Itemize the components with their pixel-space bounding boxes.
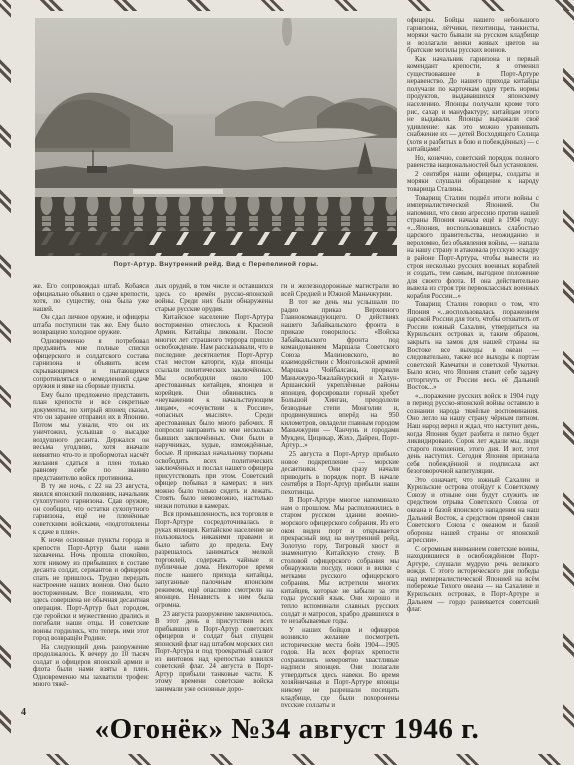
paragraph: Как начальник гарнизона и первый коменда…: [407, 56, 539, 154]
paragraph: 2 сентября наши офицеры, солдаты и моряк…: [407, 171, 539, 194]
magazine-issue-caption: «Огонёк» №34 август 1946 г.: [0, 713, 574, 746]
frame-top-edge: [0, 0, 574, 11]
frame-right-edge: [563, 0, 574, 765]
paragraph: Китайское население Порт-Артура восторже…: [155, 314, 273, 510]
paragraph: же. Его сопровождал штаб. Кобаяси официа…: [33, 283, 149, 313]
paragraph: В тот же день мы услышали по радио прика…: [281, 299, 399, 450]
photo-caption: Порт-Артур. Внутренний рейд. Вид с Переп…: [35, 261, 397, 268]
paragraph: ги и железнодорожные магистрали во всей …: [281, 283, 399, 298]
article-column-4: офицеры. Бойцы нашего небольшого гарнизо…: [407, 17, 539, 707]
article-column-3: ги и железнодорожные магистрали во всей …: [281, 283, 399, 707]
paragraph: Но, конечно, советский порядок полного р…: [407, 155, 539, 170]
paragraph: Товарищ Сталин говорил о том, что Япония…: [407, 301, 539, 392]
frame-bottom-edge: [0, 754, 574, 765]
paragraph: В Порт-Артуре многое напоминало нам о пр…: [281, 497, 399, 625]
paragraph: У наших бойцов и офицеров возникло желан…: [281, 627, 399, 707]
paragraph: На следующий день разоружение продолжало…: [33, 644, 149, 689]
article-column-1: же. Его сопровождал штаб. Кобаяси официа…: [33, 283, 149, 707]
port-arthur-photo: [35, 18, 397, 256]
paragraph: Он сдал личное оружие, и офицеры штаба п…: [33, 314, 149, 337]
paragraph: Ему было предложено представить план кре…: [33, 392, 149, 483]
paragraph: Это означает, что южный Сахалин и Куриль…: [407, 477, 539, 545]
article-column-2: лых орудий, в том числе и оставшихся зде…: [155, 283, 273, 707]
paragraph: К ночи основные пункты города и крепости…: [33, 537, 149, 643]
harbor-photo-illustration: [35, 18, 397, 256]
paragraph: В ту же ночь, с 22 на 23 августа, явился…: [33, 483, 149, 536]
paragraph: Товарищ Сталин подвёл итоги войны с импе…: [407, 195, 539, 301]
paragraph: 23 августа разоружение закончилось. В эт…: [155, 611, 273, 694]
paragraph: Вся промышленность, вся торговля в Порт-…: [155, 511, 273, 609]
paragraph: лых орудий, в том числе и оставшихся зде…: [155, 283, 273, 313]
paragraph: 25 августа в Порт-Артур прибыло новое по…: [281, 451, 399, 496]
paragraph: «...поражение русских войск в 1904 году …: [407, 393, 539, 476]
paragraph: С огромным вниманием советские воины, на…: [407, 546, 539, 614]
paragraph: Одновременно я потребовал предъявить мне…: [33, 338, 149, 391]
paragraph: офицеры. Бойцы нашего небольшого гарнизо…: [407, 17, 539, 55]
frame-left-edge: [0, 0, 11, 765]
